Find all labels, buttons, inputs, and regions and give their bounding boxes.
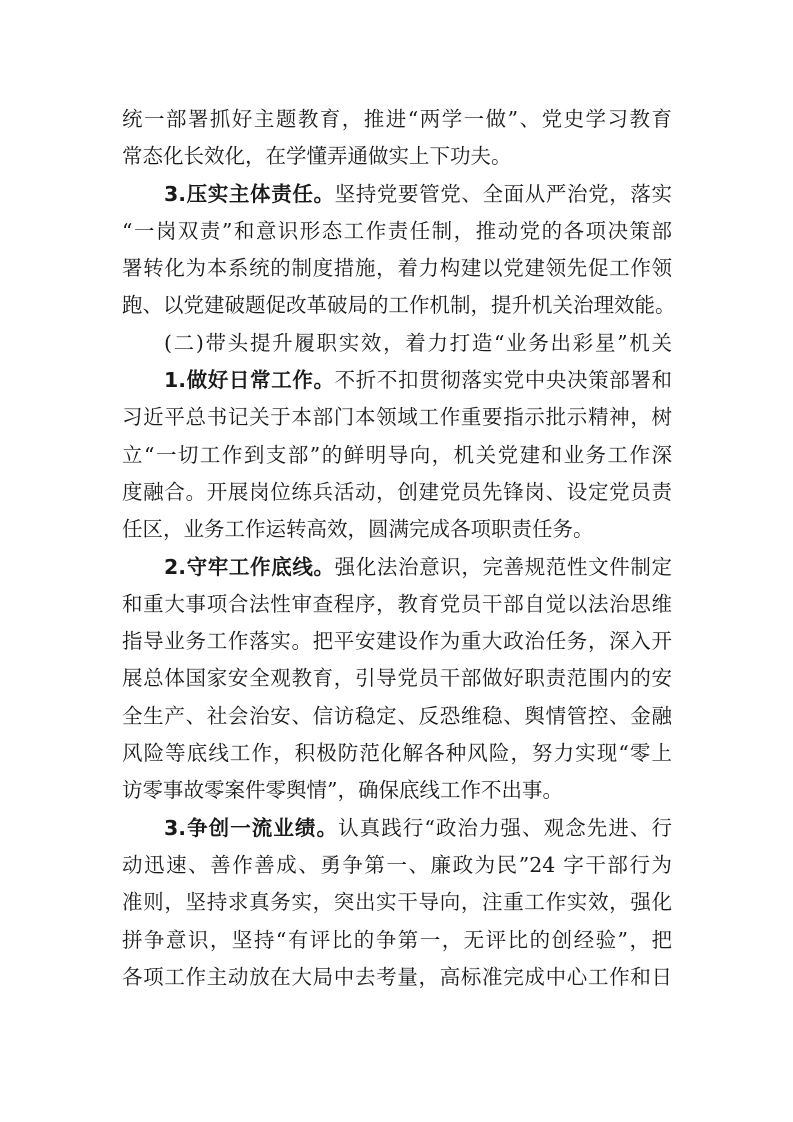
line-text: 动迅速、善作善成、勇争第一、廉政为民”24 字干部行为 xyxy=(122,853,672,877)
line-text: 立“一切工作到支部”的鲜明导向，机关党建和业务工作深 xyxy=(122,443,672,467)
section-heading: (二)带头提升履职实效，着力打造“业务出彩星”机关 xyxy=(122,325,672,362)
section-heading-text: (二)带头提升履职实效，着力打造“业务出彩星”机关 xyxy=(164,331,672,355)
text-line: 度融合。开展岗位练兵活动，创建党员先锋岗、设定党员责 xyxy=(122,474,672,511)
item-title: 3.压实主体责任。 xyxy=(164,182,335,206)
text-line: 跑、以党建破题促改革破局的工作机制，提升机关治理效能。 xyxy=(122,287,672,324)
text-line: 指导业务工作落实。把平安建设作为重大政治任务，深入开 xyxy=(122,623,672,660)
line-text: “一岗双责”和意识形态工作责任制，推动党的各项决策部 xyxy=(122,219,672,243)
text-line: 署转化为本系统的制度措施，着力构建以党建领先促工作领 xyxy=(122,250,672,287)
line-text: 和重大事项合法性审查程序，教育党员干部自觉以法治思维 xyxy=(122,592,672,616)
item-heading-line: 3.争创一流业绩。认真践行“政治力强、观念先进、行 xyxy=(122,810,672,847)
text-line: 任区，业务工作运转高效，圆满完成各项职责任务。 xyxy=(122,511,672,548)
line-text: 任区，业务工作运转高效，圆满完成各项职责任务。 xyxy=(122,517,594,541)
text-line: 习近平总书记关于本部门本领域工作重要指示批示精神，树 xyxy=(122,399,672,436)
line-text: 统一部署抓好主题教育，推进“两学一做”、党史学习教育 xyxy=(122,107,672,131)
line-text: 拼争意识，坚持“有评比的争第一，无评比的创经验”，把 xyxy=(122,928,672,952)
line-text: 准则，坚持求真务实，突出实干导向，注重工作实效，强化 xyxy=(122,890,672,914)
line-text: 署转化为本系统的制度措施，着力构建以党建领先促工作领 xyxy=(122,256,672,280)
text-line: 统一部署抓好主题教育，推进“两学一做”、党史学习教育 xyxy=(122,101,672,138)
text-line: 拼争意识，坚持“有评比的争第一，无评比的创经验”，把 xyxy=(122,922,672,959)
line-text: 常态化长效化，在学懂弄通做实上下功夫。 xyxy=(122,144,512,168)
item-heading-line: 2.守牢工作底线。强化法治意识，完善规范性文件制定 xyxy=(122,549,672,586)
text-line: 全生产、社会治安、信访稳定、反恐维稳、舆情管控、金融 xyxy=(122,698,672,735)
text-line: 常态化长效化，在学懂弄通做实上下功夫。 xyxy=(122,138,672,175)
text-line: 立“一切工作到支部”的鲜明导向，机关党建和业务工作深 xyxy=(122,437,672,474)
text-line: 准则，坚持求真务实，突出实干导向，注重工作实效，强化 xyxy=(122,884,672,921)
text-line: 访零事故零案件零舆情”，确保底线工作不出事。 xyxy=(122,772,672,809)
line-text: 访零事故零案件零舆情”，确保底线工作不出事。 xyxy=(122,778,563,802)
item-heading-line: 1.做好日常工作。不折不扣贯彻落实党中央决策部署和 xyxy=(122,362,672,399)
line-text: 指导业务工作落实。把平安建设作为重大政治任务，深入开 xyxy=(122,629,672,653)
line-text: 全生产、社会治安、信访稳定、反恐维稳、舆情管控、金融 xyxy=(122,704,672,728)
text-line: “一岗双责”和意识形态工作责任制，推动党的各项决策部 xyxy=(122,213,672,250)
item-title: 2.守牢工作底线。 xyxy=(164,555,335,579)
item-heading-line: 3.压实主体责任。坚持党要管党、全面从严治党，落实 xyxy=(122,176,672,213)
line-text: 各项工作主动放在大局中去考量，高标准完成中心工作和日 xyxy=(122,965,672,989)
text-line: 风险等底线工作，积极防范化解各种风险，努力实现“零上 xyxy=(122,735,672,772)
line-text: 风险等底线工作，积极防范化解各种风险，努力实现“零上 xyxy=(122,741,672,765)
line-text: 跑、以党建破题促改革破局的工作机制，提升机关治理效能。 xyxy=(122,293,676,317)
line-text: 认真践行“政治力强、观念先进、行 xyxy=(338,816,672,840)
text-line: 和重大事项合法性审查程序，教育党员干部自觉以法治思维 xyxy=(122,586,672,623)
text-line: 展总体国家安全观教育，引导党员干部做好职责范围内的安 xyxy=(122,660,672,697)
item-title: 1.做好日常工作。 xyxy=(164,368,335,392)
line-text: 度融合。开展岗位练兵活动，创建党员先锋岗、设定党员责 xyxy=(122,480,672,504)
document-page: 统一部署抓好主题教育，推进“两学一做”、党史学习教育 常态化长效化，在学懂弄通做… xyxy=(122,101,672,996)
line-text: 不折不扣贯彻落实党中央决策部署和 xyxy=(335,368,672,392)
line-text: 展总体国家安全观教育，引导党员干部做好职责范围内的安 xyxy=(122,666,672,690)
line-text: 强化法治意识，完善规范性文件制定 xyxy=(335,555,672,579)
line-text: 习近平总书记关于本部门本领域工作重要指示批示精神，树 xyxy=(122,405,672,429)
item-title: 3.争创一流业绩。 xyxy=(164,816,338,840)
line-text: 坚持党要管党、全面从严治党，落实 xyxy=(335,182,672,206)
text-line: 动迅速、善作善成、勇争第一、廉政为民”24 字干部行为 xyxy=(122,847,672,884)
text-line: 各项工作主动放在大局中去考量，高标准完成中心工作和日 xyxy=(122,959,672,996)
